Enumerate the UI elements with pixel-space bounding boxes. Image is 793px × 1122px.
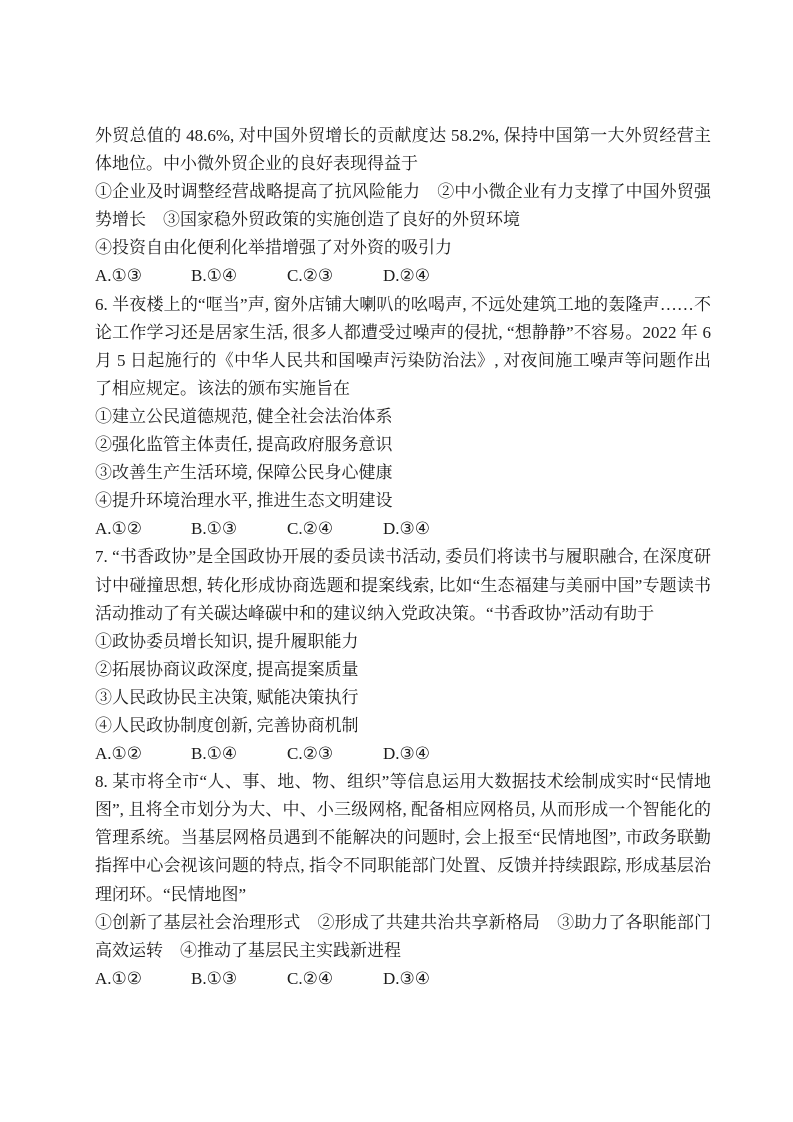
statement-line: ①企业及时调整经营战略提高了抗风险能力 ②中小微企业有力支撑了中国外贸强势增长 … (95, 178, 711, 234)
statement-line: ③改善生产生活环境, 保障公民身心健康 (95, 459, 711, 487)
question-block-7: 7. “书香政协”是全国政协开展的委员读书活动, 委员们将读书与履职融合, 在深… (95, 543, 711, 768)
question-stem: 外贸总值的 48.6%, 对中国外贸增长的贡献度达 58.2%, 保持中国第一大… (95, 122, 711, 178)
statement-line: ①政协委员增长知识, 提升履职能力 (95, 628, 711, 656)
question-block-5-continuation: 外贸总值的 48.6%, 对中国外贸增长的贡献度达 58.2%, 保持中国第一大… (95, 122, 711, 291)
choice-a: A.①② (95, 965, 191, 993)
choice-d: D.③④ (383, 740, 430, 768)
question-stem: 6. 半夜楼上的“哐当”声, 窗外店铺大喇叭的吆喝声, 不远处建筑工地的轰隆声…… (95, 291, 711, 403)
choice-row: A.①② B.①④ C.②③ D.③④ (95, 740, 711, 768)
choice-b: B.①③ (191, 515, 287, 543)
choice-c: C.②③ (287, 740, 383, 768)
question-stem: 7. “书香政协”是全国政协开展的委员读书活动, 委员们将读书与履职融合, 在深… (95, 543, 711, 627)
statement-line: ④投资自由化便利化举措增强了对外资的吸引力 (95, 234, 711, 262)
page-content: 外贸总值的 48.6%, 对中国外贸增长的贡献度达 58.2%, 保持中国第一大… (95, 122, 711, 993)
choice-row: A.①② B.①③ C.②④ D.③④ (95, 515, 711, 543)
choice-a: A.①③ (95, 262, 191, 290)
choice-a: A.①② (95, 740, 191, 768)
statement-line: ④人民政协制度创新, 完善协商机制 (95, 712, 711, 740)
question-stem: 8. 某市将全市“人、事、地、物、组织”等信息运用大数据技术绘制成实时“民情地图… (95, 768, 711, 908)
document-page: 外贸总值的 48.6%, 对中国外贸增长的贡献度达 58.2%, 保持中国第一大… (0, 0, 793, 1122)
choice-a: A.①② (95, 515, 191, 543)
choice-c: C.②③ (287, 262, 383, 290)
choice-d: D.②④ (383, 262, 430, 290)
question-block-8: 8. 某市将全市“人、事、地、物、组织”等信息运用大数据技术绘制成实时“民情地图… (95, 768, 711, 993)
question-block-6: 6. 半夜楼上的“哐当”声, 窗外店铺大喇叭的吆喝声, 不远处建筑工地的轰隆声…… (95, 291, 711, 544)
statement-line: ①建立公民道德规范, 健全社会法治体系 (95, 403, 711, 431)
statement-line: ②拓展协商议政深度, 提高提案质量 (95, 656, 711, 684)
choice-row: A.①③ B.①④ C.②③ D.②④ (95, 262, 711, 290)
statement-line: ②强化监管主体责任, 提高政府服务意识 (95, 431, 711, 459)
choice-row: A.①② B.①③ C.②④ D.③④ (95, 965, 711, 993)
statement-line: ④提升环境治理水平, 推进生态文明建设 (95, 487, 711, 515)
choice-d: D.③④ (383, 515, 430, 543)
choice-b: B.①③ (191, 965, 287, 993)
choice-c: C.②④ (287, 965, 383, 993)
choice-d: D.③④ (383, 965, 430, 993)
choice-b: B.①④ (191, 740, 287, 768)
statement-line: ③人民政协民主决策, 赋能决策执行 (95, 684, 711, 712)
statement-line: ①创新了基层社会治理形式 ②形成了共建共治共享新格局 ③助力了各职能部门高效运转… (95, 909, 711, 965)
choice-b: B.①④ (191, 262, 287, 290)
choice-c: C.②④ (287, 515, 383, 543)
